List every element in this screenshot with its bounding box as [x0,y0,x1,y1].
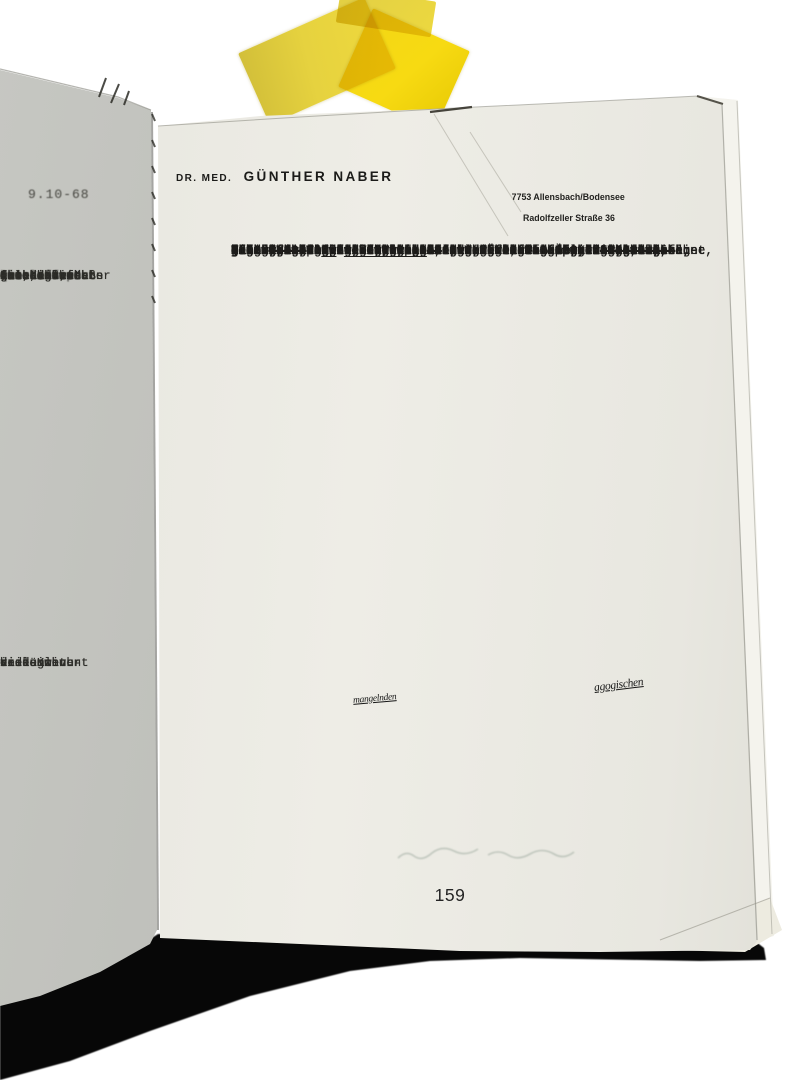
letter-line: runde. [231,243,276,260]
letterhead-address: 7753 Allensbach/Bodensee Radolfzeller St… [497,181,615,278]
letterhead-name: GÜNTHER NABER [244,169,394,184]
left-page-fragment: inen Konvent [0,655,89,673]
handwritten-correction-mangelnden: mangelnden [353,692,397,706]
page-number: 159 [425,885,475,906]
letterhead-title: DR. MED. [176,173,232,184]
address-line: Radolfzeller Straße 36 [497,213,615,224]
left-page-fragment: Funktion [0,268,59,286]
address-line: 7753 Allensbach/Bodensee [512,192,625,203]
faint-handwriting-smudge [392,844,612,868]
letter-line: lichen Gespräche sind die einer durchsch… [231,243,698,260]
letterhead: DR. MED. GÜNTHER NABER [176,168,393,186]
book-photo: 9.10-68 quos : cuvcuttatoloi:cptour. aun… [0,0,799,1080]
left-page-date: 9.10-68 [28,187,90,202]
handwritten-correction-agogischen: agogischen [593,676,643,694]
